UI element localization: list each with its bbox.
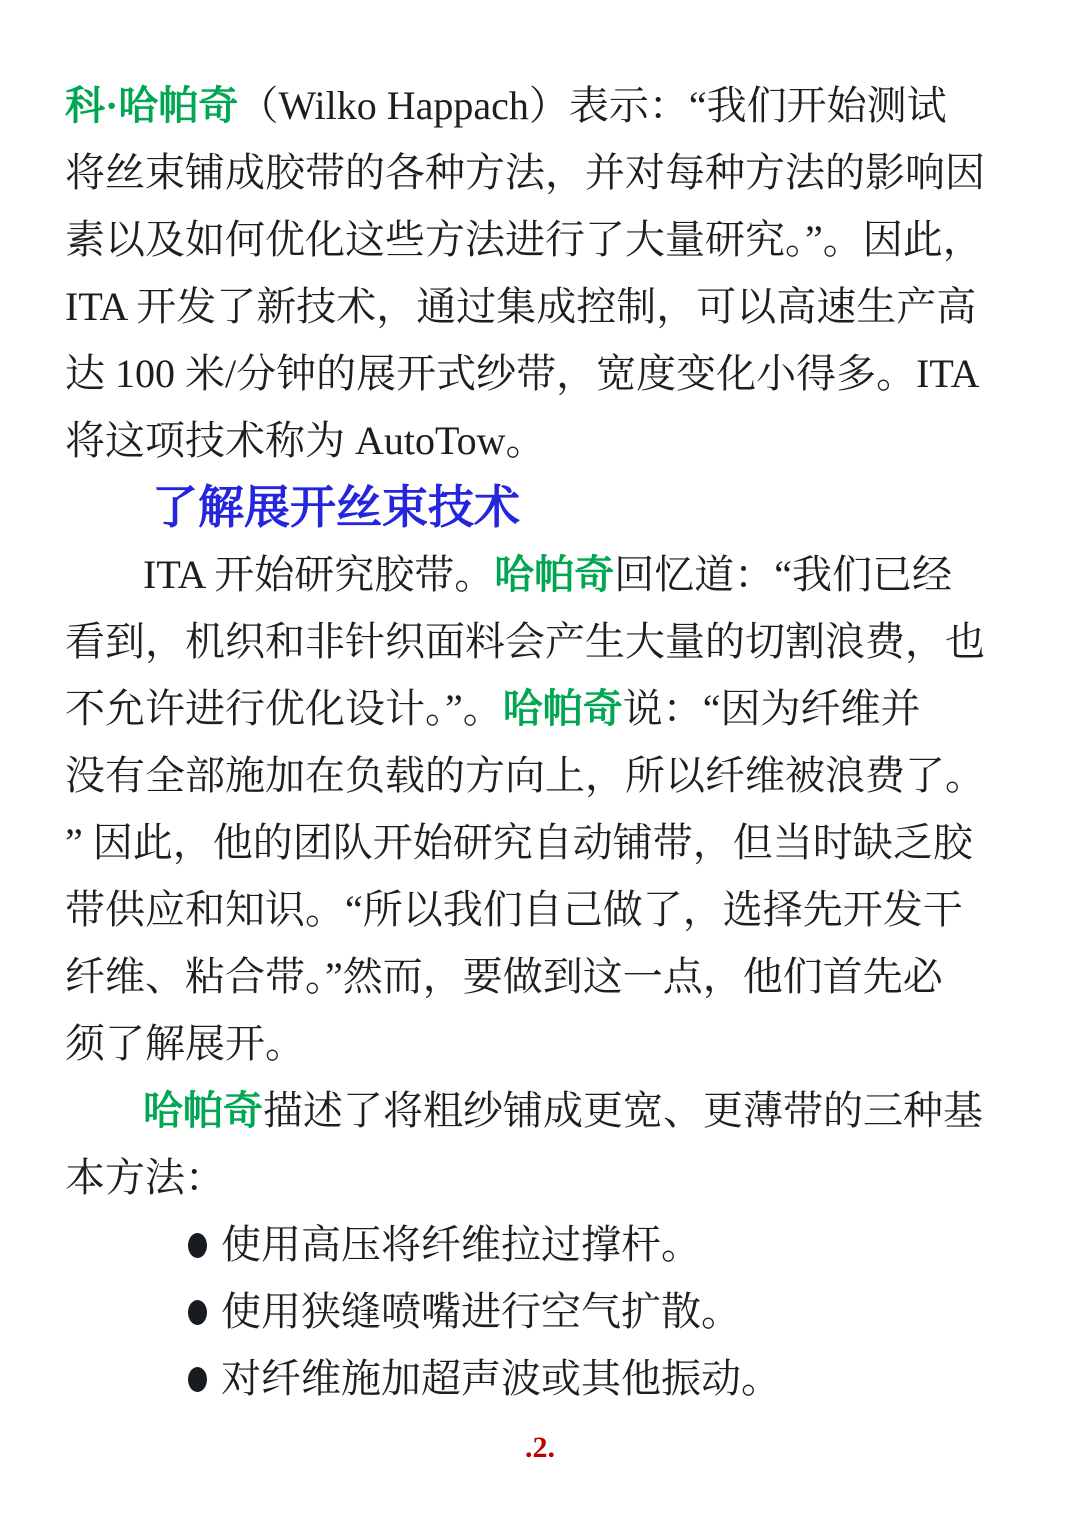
page-number: .2. bbox=[0, 1430, 1080, 1466]
text-segment: 没有全部施加在负载的方向上，所以纤维被浪费了。 bbox=[65, 753, 985, 798]
text-line: ITA 开发了新技术，通过集成控制，可以高速生产高 bbox=[65, 273, 1015, 340]
text-segment: 了解展开丝束技术 bbox=[152, 482, 520, 533]
text-segment: 使用狭缝喷嘴进行空气扩散。 bbox=[221, 1289, 741, 1334]
bullet-icon bbox=[188, 1233, 207, 1258]
text-line: 本方法： bbox=[65, 1144, 1015, 1211]
text-line: 哈帕奇描述了将粗纱铺成更宽、更薄带的三种基 bbox=[65, 1077, 1015, 1144]
text-segment: 描述了将粗纱铺成更宽、更薄带的三种基 bbox=[263, 1088, 983, 1133]
person-name: 哈帕奇 bbox=[503, 686, 623, 731]
text-segment: 达 100 米/分钟的展开式纱带，宽度变化小得多。ITA bbox=[65, 351, 980, 396]
bullet-item: 使用高压将纤维拉过撑杆。 bbox=[65, 1211, 1015, 1278]
text-segment: 将这项技术称为 AutoTow。 bbox=[65, 418, 546, 463]
text-segment: 看到，机织和非针织面料会产生大量的切割浪费，也 bbox=[65, 619, 985, 664]
bullet-icon bbox=[188, 1300, 207, 1325]
text-line: 没有全部施加在负载的方向上，所以纤维被浪费了。 bbox=[65, 742, 1015, 809]
text-line: 带供应和知识。“所以我们自己做了，选择先开发干 bbox=[65, 876, 1015, 943]
text-line: 不允许进行优化设计。”。哈帕奇说：“因为纤维并 bbox=[65, 675, 1015, 742]
text-segment: 将丝束铺成胶带的各种方法，并对每种方法的影响因 bbox=[65, 150, 985, 195]
text-segment: 对纤维施加超声波或其他振动。 bbox=[221, 1356, 781, 1401]
text-segment: 说：“因为纤维并 bbox=[623, 686, 921, 731]
text-line: 将这项技术称为 AutoTow。 bbox=[65, 407, 1015, 474]
text-line: 科·哈帕奇（Wilko Happach）表示：“我们开始测试 bbox=[65, 72, 1015, 139]
text-segment: （Wilko Happach）表示：“我们开始测试 bbox=[238, 83, 946, 128]
text-segment: 须了解展开。 bbox=[65, 1021, 305, 1066]
text-segment: 纤维、粘合带。”然而，要做到这一点，他们首先必 bbox=[65, 954, 943, 999]
text-segment: 素以及如何优化这些方法进行了大量研究。”。因此， bbox=[65, 217, 983, 262]
text-segment: 回忆道：“我们已经 bbox=[614, 552, 952, 597]
person-name: 哈帕奇 bbox=[494, 552, 614, 597]
text-line: 看到，机织和非针织面料会产生大量的切割浪费，也 bbox=[65, 608, 1015, 675]
person-name: 科·哈帕奇 bbox=[65, 83, 238, 128]
section-heading: 了解展开丝束技术 bbox=[65, 474, 1015, 541]
text-segment: 使用高压将纤维拉过撑杆。 bbox=[221, 1222, 701, 1267]
text-segment: ITA 开发了新技术，通过集成控制，可以高速生产高 bbox=[65, 284, 976, 329]
person-name: 哈帕奇 bbox=[143, 1088, 263, 1133]
text-segment: 本方法： bbox=[65, 1155, 225, 1200]
text-segment: ITA 开始研究胶带。 bbox=[143, 552, 494, 597]
text-segment: ” 因此，他的团队开始研究自动铺带，但当时缺乏胶 bbox=[65, 820, 973, 865]
bullet-icon bbox=[188, 1367, 207, 1392]
text-line: 将丝束铺成胶带的各种方法，并对每种方法的影响因 bbox=[65, 139, 1015, 206]
bullet-item: 对纤维施加超声波或其他振动。 bbox=[65, 1345, 1015, 1412]
text-segment: 带供应和知识。“所以我们自己做了，选择先开发干 bbox=[65, 887, 963, 932]
text-line: 达 100 米/分钟的展开式纱带，宽度变化小得多。ITA bbox=[65, 340, 1015, 407]
document-body: 科·哈帕奇（Wilko Happach）表示：“我们开始测试将丝束铺成胶带的各种… bbox=[65, 72, 1015, 1412]
text-line: 纤维、粘合带。”然而，要做到这一点，他们首先必 bbox=[65, 943, 1015, 1010]
text-line: ITA 开始研究胶带。哈帕奇回忆道：“我们已经 bbox=[65, 541, 1015, 608]
text-segment: 不允许进行优化设计。”。 bbox=[65, 686, 503, 731]
bullet-item: 使用狭缝喷嘴进行空气扩散。 bbox=[65, 1278, 1015, 1345]
text-line: 须了解展开。 bbox=[65, 1010, 1015, 1077]
text-line: 素以及如何优化这些方法进行了大量研究。”。因此， bbox=[65, 206, 1015, 273]
text-line: ” 因此，他的团队开始研究自动铺带，但当时缺乏胶 bbox=[65, 809, 1015, 876]
